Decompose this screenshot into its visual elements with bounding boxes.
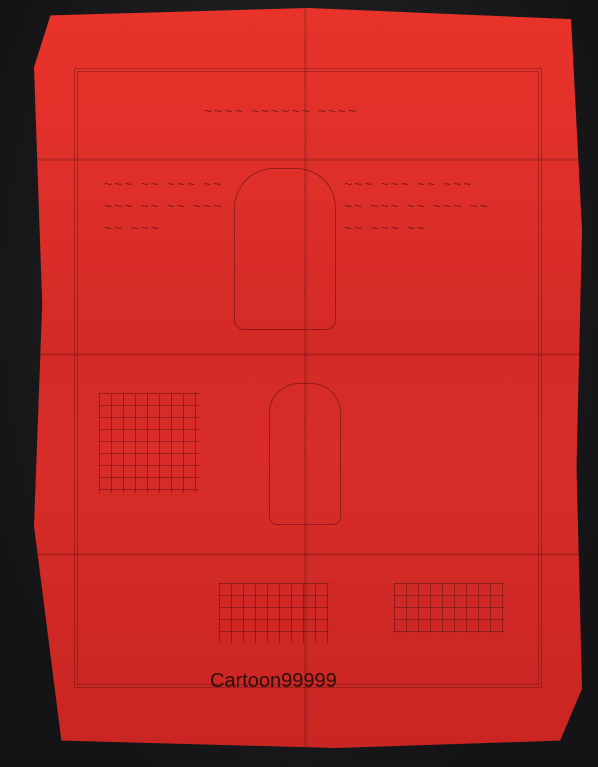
watermark-text: Cartoon99999 bbox=[210, 670, 337, 693]
kneeling-figure bbox=[269, 383, 341, 525]
fold-line bbox=[34, 353, 582, 356]
yantra-square-left bbox=[99, 393, 199, 493]
seated-buddha-figure bbox=[234, 168, 336, 330]
yantra-cloth: ~~~~ ~~~~~~ ~~~~ ~~~ ~~~ ~~ ~~~ ~~ ~~~ ~… bbox=[34, 8, 582, 748]
script-column-left: ~~~ ~~ ~~~ ~~ ~~~ ~~ ~~ ~~~ ~~ ~~~ bbox=[104, 173, 224, 239]
script-column-right: ~~~ ~~~ ~~ ~~~ ~~ ~~~ ~~ ~~~ ~~ ~~ ~~~ ~… bbox=[344, 173, 494, 239]
yantra-grid-bottom bbox=[219, 583, 329, 643]
yantra-grid-bottom-right bbox=[394, 583, 504, 633]
fold-line bbox=[34, 158, 582, 161]
header-script: ~~~~ ~~~~~~ ~~~~ bbox=[204, 103, 358, 119]
fold-line bbox=[34, 553, 582, 556]
